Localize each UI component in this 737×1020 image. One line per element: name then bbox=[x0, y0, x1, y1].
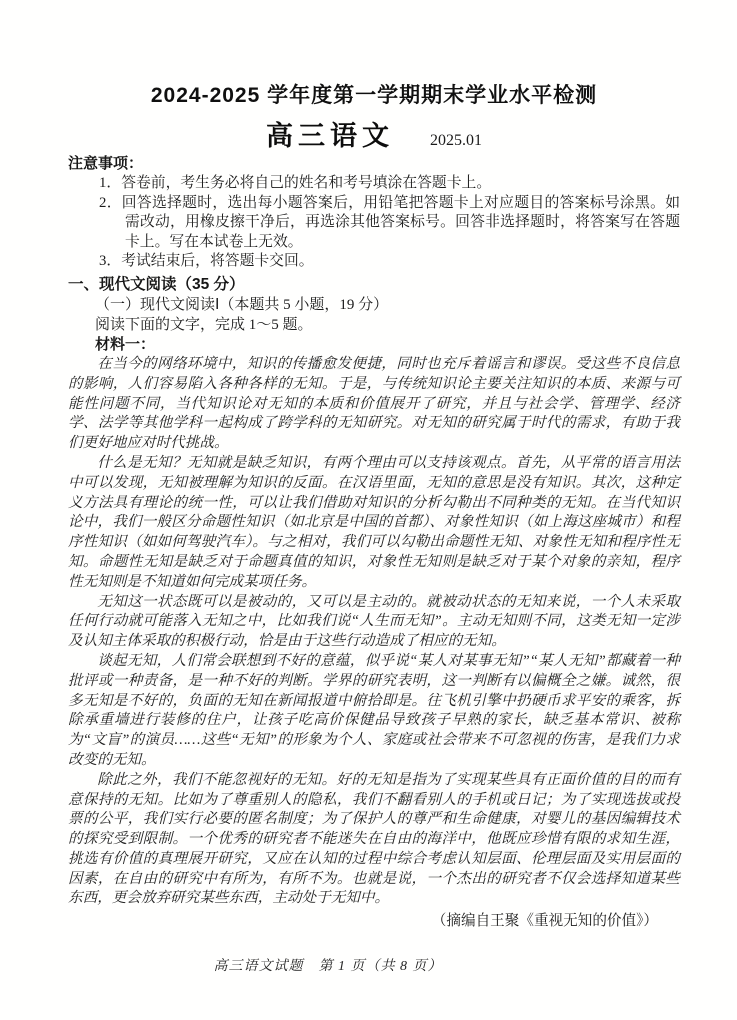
section-modern-reading: 一、现代文阅读（35 分） （一）现代文阅读Ⅰ（本题共 5 小题，19 分） 阅… bbox=[68, 274, 680, 931]
exam-date: 2025.01 bbox=[430, 132, 482, 150]
material-paragraph-5: 除此之外，我们不能忽视好的无知。好的无知是指为了实现某些具有正面价值的目的而有意… bbox=[68, 771, 680, 910]
material-paragraph-1: 在当今的网络环境中，知识的传播愈发便捷，同时也充斥着谣言和谬误。受这些不良信息的… bbox=[68, 355, 680, 454]
reading-instruction: 阅读下面的文字，完成 1～5 题。 bbox=[68, 315, 680, 335]
page-title: 2024-2025 学年度第一学期期末学业水平检测 bbox=[68, 82, 680, 109]
source-attribution: （摘编自王聚《重视无知的价值》） bbox=[68, 911, 658, 931]
exam-paper-page: 2024-2025 学年度第一学期期末学业水平检测 高三语文 2025.01 注… bbox=[0, 0, 737, 1020]
notice-item-2: 2．回答选择题时，选出每小题答案后，用铅笔把答题卡上对应题目的答案标号涂黑。如需… bbox=[68, 194, 680, 253]
notice-section: 注意事项： 1．答卷前，考生务必将自己的姓名和考号填涂在答题卡上。 2．回答选择… bbox=[68, 154, 680, 272]
material-paragraph-2: 什么是无知？无知就是缺乏知识，有两个理由可以支持该观点。首先，从平常的语言用法中… bbox=[68, 454, 680, 593]
material-one-label: 材料一： bbox=[68, 335, 680, 355]
part-heading: （一）现代文阅读Ⅰ（本题共 5 小题，19 分） bbox=[68, 295, 680, 315]
notice-heading: 注意事项： bbox=[68, 154, 680, 174]
section-heading: 一、现代文阅读（35 分） bbox=[68, 274, 680, 295]
material-paragraph-4: 谈起无知，人们常会联想到不好的意蕴，似乎说“某人对某事无知”“某人无知”都藏着一… bbox=[68, 652, 680, 771]
notice-item-1: 1．答卷前，考生务必将自己的姓名和考号填涂在答题卡上。 bbox=[68, 174, 680, 194]
material-paragraph-3: 无知这一状态既可以是被动的，又可以是主动的。就被动状态的无知来说，一个人未采取任… bbox=[68, 593, 680, 652]
subject-title: 高三语文 bbox=[266, 114, 394, 153]
notice-item-3: 3．考试结束后，将答题卡交回。 bbox=[68, 252, 680, 272]
page-footer: 高三语文试题 第 1 页（共 8 页） bbox=[22, 955, 634, 975]
subject-row: 高三语文 2025.01 bbox=[68, 114, 680, 150]
